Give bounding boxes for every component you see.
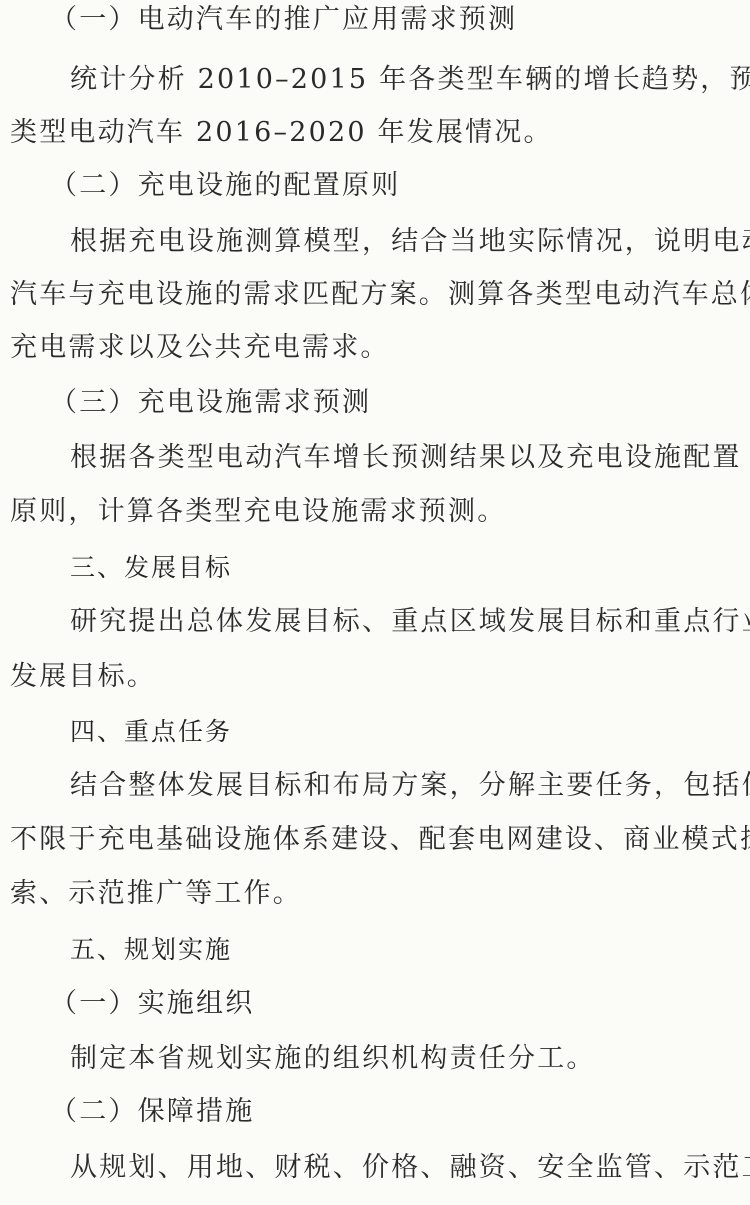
subheading-charging-config-principle: （二）充电设施的配置原则 [50,168,400,204]
heading-development-goals: 三、发展目标 [70,550,232,586]
paragraph-line: 从规划、用地、财税、价格、融资、安全监管、示范工 [70,1150,750,1186]
paragraph-line: 类型电动汽车 2016–2020 年发展情况。 [10,115,553,151]
paragraph-line: 根据各类型电动汽车增长预测结果以及充电设施配置 [70,440,742,476]
subheading-implementation-organization: （一）实施组织 [50,986,254,1022]
paragraph-line: 原则，计算各类型充电设施需求预测。 [10,494,506,530]
paragraph-line: 研究提出总体发展目标、重点区域发展目标和重点行业 [70,604,750,640]
paragraph-line: 根据充电设施测算模型，结合当地实际情况，说明电动 [70,224,750,260]
subheading-safeguard-measures: （二）保障措施 [50,1094,254,1130]
paragraph-line: 不限于充电基础设施体系建设、配套电网建设、商业模式探 [10,822,750,858]
subheading-charging-demand-forecast: （三）充电设施需求预测 [50,385,371,421]
document-page: （一）电动汽车的推广应用需求预测 统计分析 2010–2015 年各类型车辆的增… [0,0,750,1205]
heading-plan-implementation: 五、规划实施 [70,932,232,968]
subheading-ev-demand-forecast: （一）电动汽车的推广应用需求预测 [50,2,517,38]
paragraph-line: 统计分析 2010–2015 年各类型车辆的增长趋势，预测各 [70,62,750,98]
paragraph-line: 充电需求以及公共充电需求。 [10,330,390,366]
paragraph-line: 结合整体发展目标和布局方案，分解主要任务，包括但 [70,768,750,804]
paragraph-line: 汽车与充电设施的需求匹配方案。测算各类型电动汽车总体 [10,277,750,313]
paragraph-line: 索、示范推广等工作。 [10,876,302,912]
paragraph-line: 制定本省规划实施的组织机构责任分工。 [70,1041,596,1077]
heading-key-tasks: 四、重点任务 [70,714,232,750]
paragraph-line: 发展目标。 [10,659,156,695]
